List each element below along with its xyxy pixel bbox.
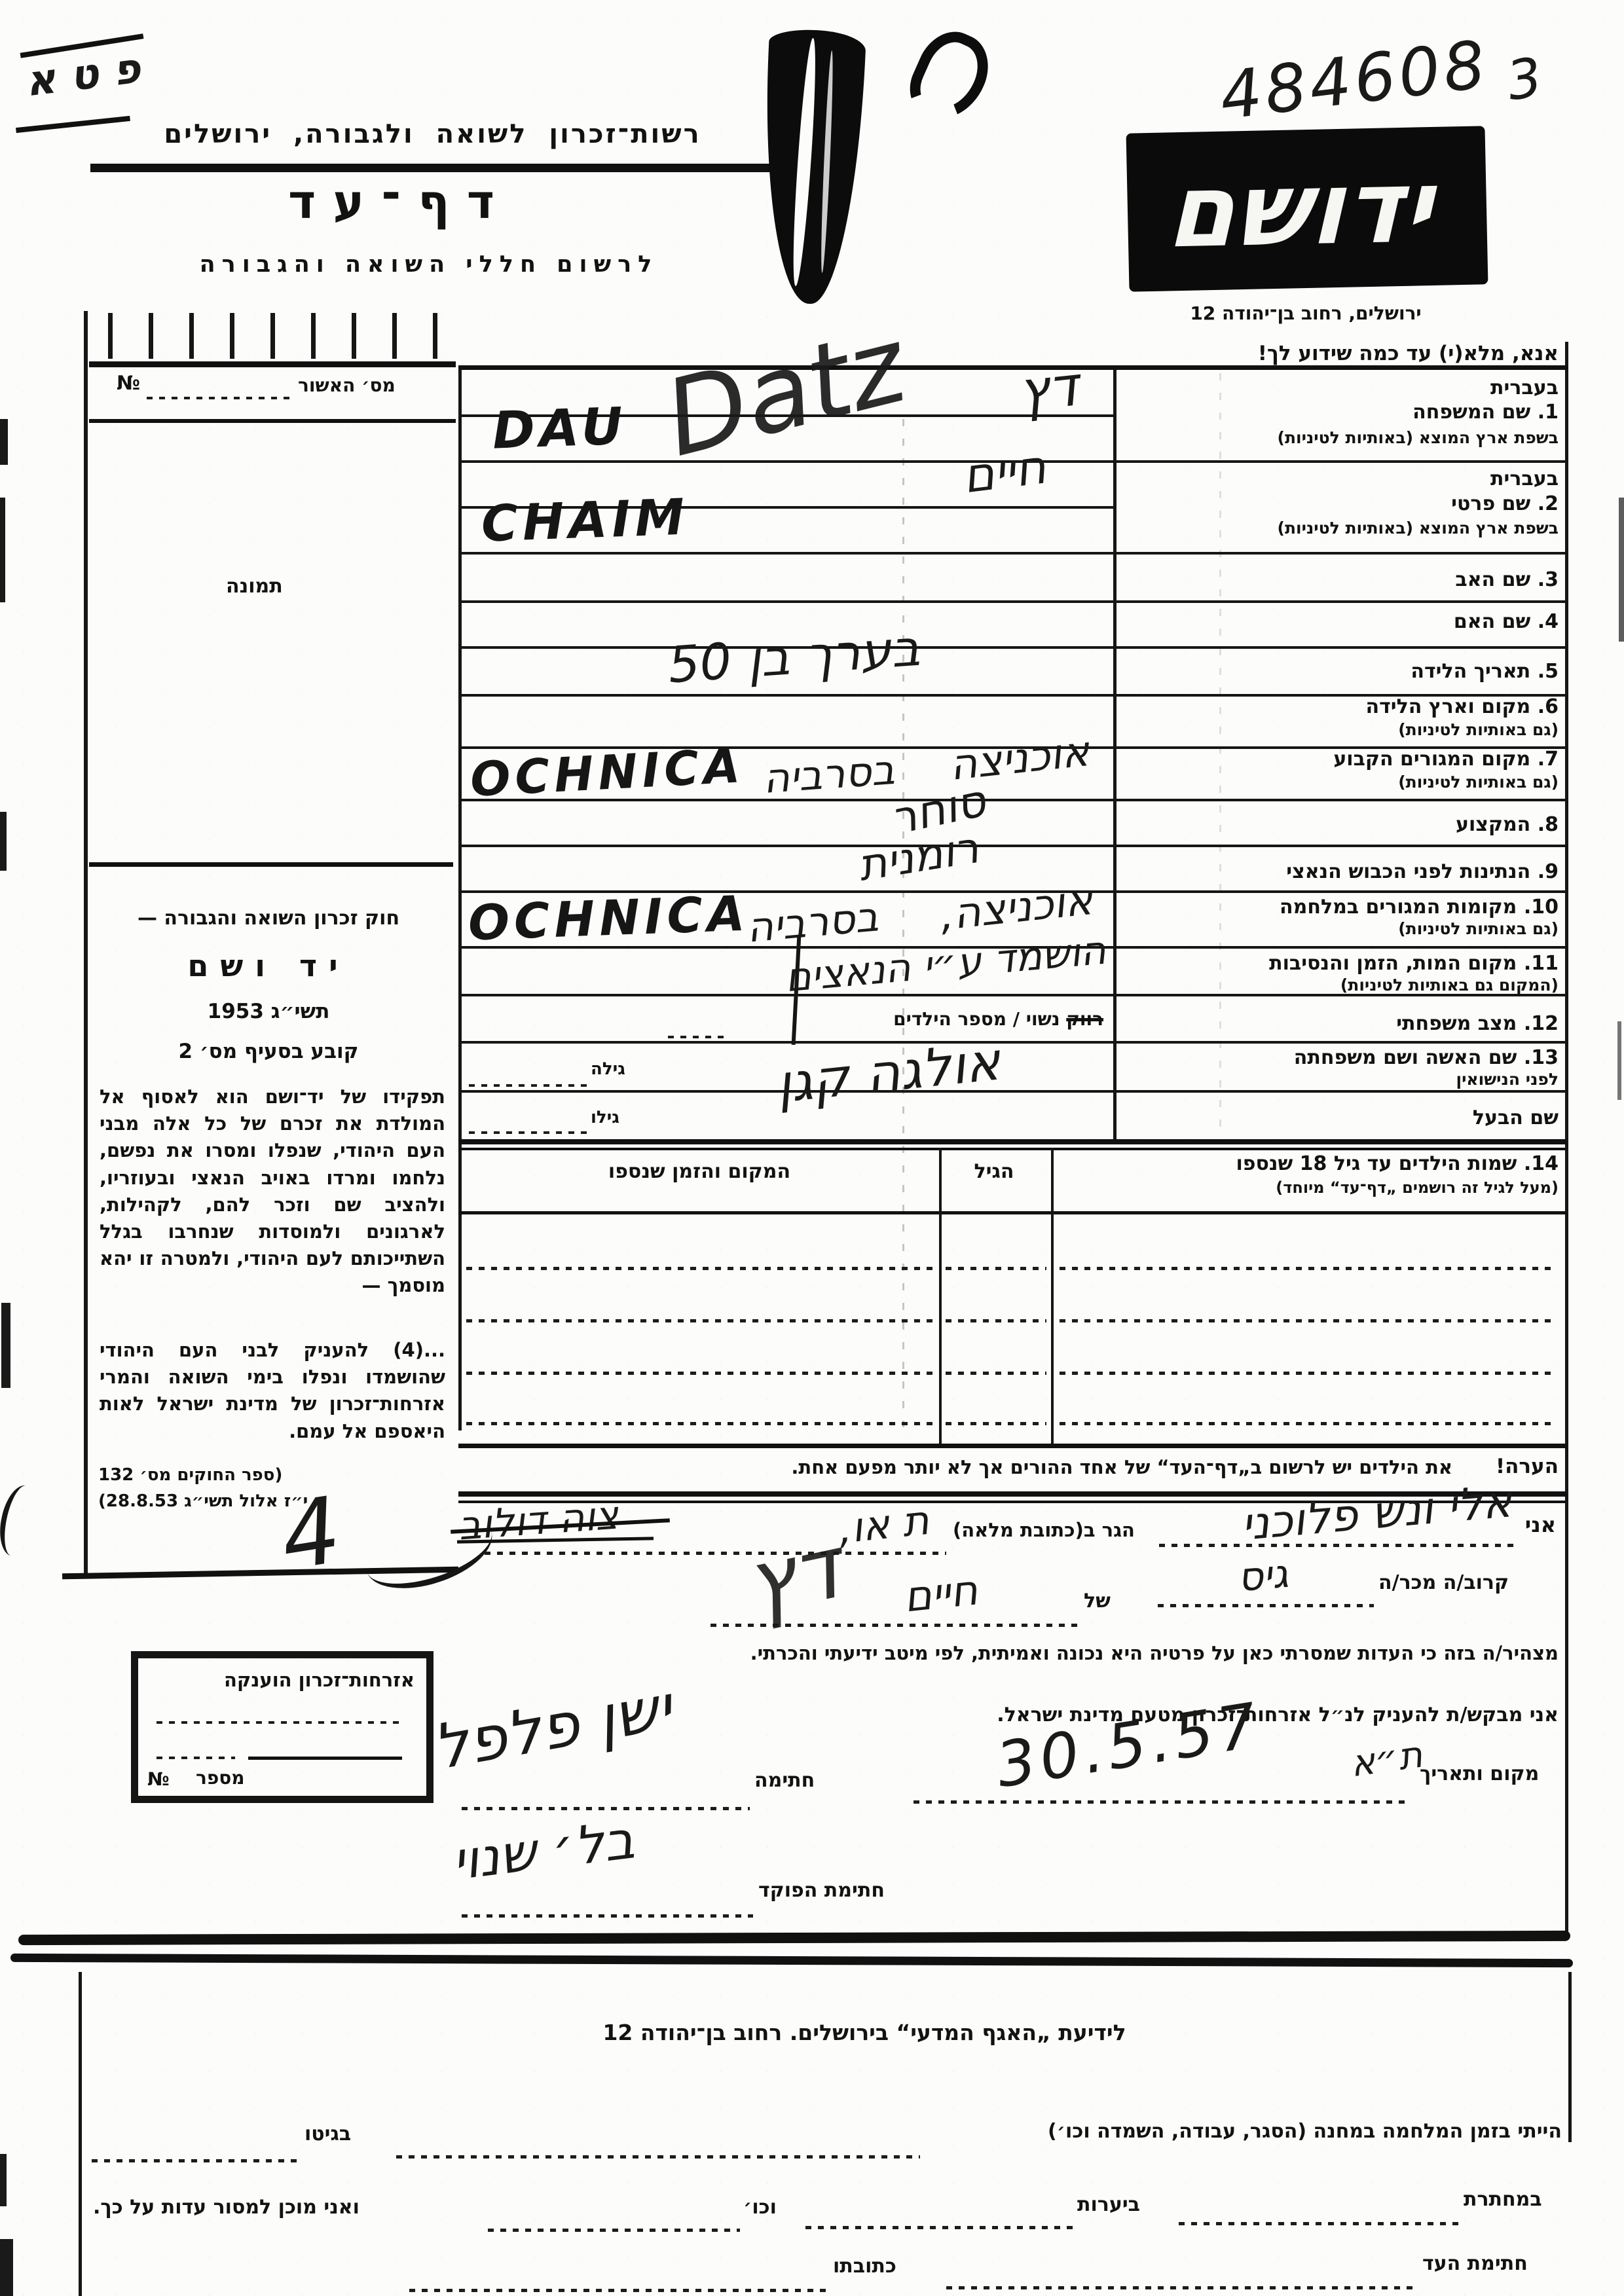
comb-base-line — [89, 361, 456, 367]
wartime-latin-handwriting: OCHNICA — [468, 886, 750, 952]
edge-smudge — [1619, 498, 1624, 642]
etc-dotted-line — [488, 2229, 740, 2232]
table-header-underline — [458, 1211, 1566, 1214]
residing-at-label: הגר ב(כתובת מלאה) — [953, 1519, 1135, 1541]
table-dotted-line — [1060, 1372, 1557, 1375]
husband-name-label: שם הבעל — [1473, 1106, 1559, 1129]
field-number: 12. — [1524, 1012, 1559, 1035]
testimony-page-document: פ ט א רשות־זכרון לשואה ולגבורה, ירושלים … — [0, 0, 1624, 2296]
field-label-1: 1. שם המשפחה — [1412, 401, 1559, 424]
field-sub-7: (גם באותיות לטיניות) — [1398, 773, 1559, 792]
marital-dotted-line — [668, 1036, 730, 1038]
form-top-rule — [458, 365, 1568, 370]
serial-number-handwritten: 484608 — [1215, 26, 1492, 134]
clerk-signature-dotted-line — [462, 1914, 753, 1918]
field-number: 4. — [1538, 610, 1559, 633]
photo-placeholder-label: תמונה — [226, 575, 283, 598]
his-age-dotted-line — [469, 1131, 587, 1134]
field-number: 7. — [1538, 748, 1559, 771]
header-rule — [90, 164, 773, 172]
table-dotted-line — [466, 1319, 934, 1322]
etc-label: וכו׳ — [743, 2196, 777, 2219]
witness-signature-label: חתימת העד — [1422, 2252, 1528, 2275]
scan-artifact-blob — [758, 28, 866, 306]
table-bottom-rule — [458, 1444, 1566, 1448]
edge-smudge — [0, 419, 8, 465]
signature-handwriting: ישן פלפל — [428, 1672, 677, 1784]
logo-text: ידושם — [1160, 147, 1453, 270]
table-dotted-line — [1060, 1319, 1557, 1322]
section-divider-rule — [10, 1954, 1573, 1967]
witness-signature-dotted-line — [946, 2286, 1418, 2289]
law-title: יד ושם — [98, 948, 439, 983]
law-body-paragraph: תפקידו של יד־ושם הוא לאסוף אל המולדת את … — [100, 1084, 445, 1299]
scan-artifact-highlight — [789, 37, 819, 286]
field-sub-14: (מעל לגיל זה רושמים „דף־עד“ מיוחד) — [1276, 1178, 1559, 1197]
field-language-tag-1: בעברית — [1490, 376, 1559, 399]
residence-region-handwriting: בסרביה — [762, 746, 896, 803]
field-sub-6: (גם באותיות לטיניות) — [1398, 720, 1559, 739]
law-source-line2: י״ז אלול תשי״ג 28.8.53) — [98, 1491, 413, 1511]
relation-label: קרוב/ה מכר/ה — [1378, 1571, 1509, 1594]
yad-vashem-logo: ידושם — [1126, 126, 1488, 291]
field-title: שם האשה ושם משפחתה — [1294, 1046, 1517, 1069]
declarant-name-handwriting: אלי ונש פלוכני — [1240, 1476, 1515, 1551]
fill-instruction: אנא, מלא(י) עד כמה שידוע לך! — [1258, 342, 1559, 365]
relation-handwriting: גיס — [1236, 1551, 1290, 1601]
edge-smudge — [0, 812, 7, 871]
surname-latin-handwriting: DAU — [491, 397, 628, 460]
writing-line — [458, 1041, 1566, 1044]
table-dotted-line — [466, 1267, 934, 1270]
table-column-separator — [939, 1148, 942, 1444]
wartime-region-handwriting: בסרביה — [745, 892, 880, 951]
field-title: מקומות המגורים במלחמה — [1280, 896, 1517, 919]
place-date-dotted-line — [913, 1800, 1411, 1804]
writing-line — [458, 600, 1566, 603]
field-number: 10. — [1524, 896, 1559, 919]
field-label-12: 12. מצב משפחתי — [1396, 1012, 1559, 1035]
writing-line — [458, 646, 1566, 649]
field-title: המקצוע — [1456, 813, 1530, 836]
declarant-i-label: אני — [1525, 1512, 1556, 1537]
form-middle-left-border — [458, 365, 462, 1430]
underground-label: במחתרת — [1464, 2188, 1542, 2211]
surname-hebrew-handwriting: דץ — [1015, 354, 1081, 424]
comb-tick — [311, 313, 316, 359]
edge-smudge — [0, 2239, 13, 2296]
law-year: תשי״ג 1953 — [98, 1000, 439, 1023]
signature-label: חתימה — [754, 1769, 815, 1792]
field-sub-10: (גם באותיות לטיניות) — [1398, 919, 1559, 938]
field-label-10: 10. מקומות המגורים במלחמה — [1280, 896, 1559, 919]
clerk-signature-handwriting: בל׳ שנוי — [449, 1809, 637, 1891]
field-title: מקום המגורים הקבוע — [1333, 748, 1530, 771]
table-dotted-line — [466, 1372, 934, 1375]
field-language-tag-2: בעברית — [1490, 467, 1559, 490]
form-title: דף־עד — [288, 174, 511, 229]
stamp-line — [248, 1757, 402, 1760]
camp-dotted-line — [396, 2155, 920, 2159]
edge-smudge — [0, 2154, 7, 2206]
relation-of-flourish-handwriting: דץ — [737, 1517, 850, 1635]
field-label-7: 7. מקום המגורים הקבוע — [1333, 748, 1559, 771]
stamp-number-label: מספר — [196, 1767, 245, 1789]
field-label-14: 14. שמות הילדים עד גיל 18 שנספו — [1236, 1152, 1559, 1175]
field-title: מקום וארץ הלידה — [1366, 695, 1531, 718]
signature-dotted-line — [462, 1807, 750, 1810]
field-number: 9. — [1538, 860, 1559, 883]
field-number: 3. — [1538, 568, 1559, 591]
approval-number-symbol: № — [117, 372, 140, 395]
field-number: 2. — [1538, 492, 1559, 515]
field-sub-11: (המקום גם באותיות לטיניות) — [1340, 975, 1559, 994]
comb-tick — [270, 313, 275, 359]
address-dotted-line — [485, 1552, 946, 1555]
field-sub-2: בשפת ארץ המוצא (באותיות לטיניות) — [1278, 519, 1559, 538]
witness-address-dotted-line — [409, 2289, 828, 2292]
law-box-top-line — [89, 862, 453, 867]
clerk-signature-label: חתימת הפוקד — [758, 1879, 885, 1902]
field-sub-13: לפני הנישואין — [1456, 1070, 1559, 1089]
table-dotted-line — [1060, 1422, 1557, 1425]
citizenship-stamp-box: אזרחות־זכרון הוענקה מספר № — [131, 1651, 434, 1803]
field-number: 6. — [1538, 695, 1559, 718]
approval-row-underline — [89, 419, 456, 423]
table-top-rule-thick — [458, 1139, 1566, 1144]
edge-smudge — [1617, 1021, 1621, 1100]
relation-dotted-line — [1158, 1604, 1374, 1607]
scan-artifact-hook — [900, 21, 1000, 130]
place-handwriting: ת״א — [1348, 1734, 1425, 1786]
comb-tick — [230, 313, 234, 359]
note-text: את הילדים יש לרשום ב„דף־העד“ של אחד ההור… — [791, 1456, 1452, 1478]
relation-of-handwriting: חיים — [901, 1566, 980, 1622]
ghetto-dotted-line — [92, 2159, 301, 2162]
table-top-rule-thin — [458, 1148, 1566, 1150]
field-label-8: 8. המקצוע — [1456, 813, 1559, 836]
marital-options-rest: נשוי / מספר הילדים — [893, 1008, 1060, 1030]
label-column-separator — [1113, 365, 1116, 1139]
declarant-name-dotted-line — [1159, 1544, 1519, 1547]
citizenship-handwriting: רומנית — [855, 822, 982, 891]
edge-scribble — [0, 1482, 44, 1560]
field-label-13: 13. שם האשה ושם משפחתה — [1294, 1046, 1559, 1069]
table-dotted-line — [946, 1422, 1046, 1425]
field-title: מקום המות, הזמן והנסיבות — [1269, 952, 1517, 975]
field-title: שמות הילדים עד גיל 18 שנספו — [1236, 1152, 1517, 1175]
field-title: שם האב — [1455, 568, 1530, 591]
stamp-title: אזרחות־זכרון הוענקה — [224, 1669, 415, 1691]
form-right-border — [1565, 342, 1568, 1935]
approval-number-dotted-line — [147, 397, 296, 399]
his-age-label: גילו — [591, 1108, 619, 1127]
table-dotted-line — [946, 1319, 1046, 1322]
table-header-place: המקום והזמן שנספו — [465, 1160, 934, 1183]
comb-tick — [149, 313, 153, 359]
willing-to-testify-label: ואני מוכן למסור עדות על כך. — [93, 2196, 360, 2219]
field-number: 13. — [1524, 1046, 1559, 1069]
law-section: קובע בסעיף מס׳ 2 — [98, 1040, 439, 1063]
field-title: שם פרטי — [1451, 492, 1530, 515]
relation-of-label: של — [1084, 1590, 1111, 1613]
table-column-separator — [1051, 1148, 1054, 1444]
writing-line — [458, 552, 1566, 555]
field-number: 5. — [1538, 660, 1559, 683]
birthdate-handwriting: בערך בן 50 — [666, 619, 921, 695]
declaration-statement: מצהיר/ה בזה כי העדות שמסרתי כאן על פרטיה… — [750, 1642, 1559, 1664]
marital-option-struck: רווק — [1066, 1008, 1103, 1030]
stamp-number-symbol: № — [147, 1768, 170, 1790]
writing-line — [458, 845, 1566, 847]
field-label-3: 3. שם האב — [1455, 568, 1559, 591]
field-label-4: 4. שם האם — [1454, 610, 1559, 633]
field-title: הנתינות לפני הכבוש הנאצי — [1286, 860, 1530, 883]
ghetto-label: בגיטו — [304, 2123, 351, 2145]
address-handwriting: ת או, — [836, 1496, 931, 1553]
comb-tick — [433, 313, 437, 359]
field-title: מצב משפחתי — [1396, 1012, 1517, 1035]
table-dotted-line — [1060, 1267, 1557, 1270]
scan-artifact-highlight — [819, 50, 835, 273]
note-title: הערה! — [1496, 1455, 1559, 1478]
field-label-6: 6. מקום וארץ הלידה — [1366, 695, 1559, 718]
field-number: 11. — [1524, 952, 1559, 975]
field-number: 14. — [1524, 1152, 1559, 1175]
underground-dotted-line — [1179, 2222, 1460, 2225]
stamp-dotted-line — [157, 1757, 235, 1759]
her-age-label: גילה — [591, 1059, 625, 1079]
edge-smudge — [1, 1303, 10, 1388]
field-label-2: 2. שם פרטי — [1451, 492, 1559, 515]
field-number: 8. — [1538, 813, 1559, 836]
table-dotted-line — [946, 1267, 1046, 1270]
authority-title: רשות־זכרון לשואה ולגבורה, ירושלים — [90, 119, 775, 149]
footer-notice: לידיעת „האגף המדעי“ בירושלים. רחוב בן־יה… — [458, 2020, 1270, 2045]
section-divider-rule — [18, 1931, 1570, 1945]
table-dotted-line — [946, 1372, 1046, 1375]
marital-status-options: רווק נשוי / מספר הילדים — [893, 1008, 1103, 1030]
her-age-dotted-line — [469, 1084, 587, 1087]
field-title: שם האם — [1454, 610, 1530, 633]
surname-scrawl-handwriting: Datz — [654, 303, 917, 480]
approval-number-label: מס׳ האשור — [298, 374, 429, 396]
law-source-line1: (ספר החוקים מס׳ 132 — [98, 1465, 426, 1485]
camp-label: הייתי בזמן המלחמה במחנה (הסגר, עבודה, הש… — [1048, 2120, 1562, 2143]
comb-tick — [352, 313, 356, 359]
comb-tick — [392, 313, 397, 359]
table-header-age: הגיל — [940, 1160, 1048, 1183]
field-label-11: 11. מקום המות, הזמן והנסיבות — [1269, 952, 1559, 975]
law-heading: חוק זכרון השואה והגבורה — — [98, 907, 439, 930]
comb-tick — [189, 313, 194, 359]
field-sub-1: בשפת ארץ המוצא (באותיות לטיניות) — [1278, 428, 1559, 447]
footer-right-border — [1568, 1972, 1572, 2142]
field-label-5: 5. תאריך הלידה — [1411, 660, 1559, 683]
place-date-label: מקום ותאריך — [1420, 1762, 1539, 1785]
logo-address: ירושלים, רחוב בן־יהודה 12 — [1105, 302, 1506, 324]
fold-crease — [902, 419, 904, 1427]
stamp-dotted-line — [157, 1721, 404, 1724]
field-number: 1. — [1538, 401, 1559, 424]
page-number-handwritten: 3 — [1503, 46, 1546, 113]
footer-left-border — [79, 1972, 82, 2296]
edge-smudge — [0, 498, 5, 602]
firstname-hebrew-handwriting: חיים — [959, 439, 1048, 504]
comb-tick — [108, 313, 113, 359]
table-dotted-line — [466, 1422, 934, 1425]
forests-label: ביערות — [1077, 2193, 1140, 2216]
fold-crease — [1219, 373, 1221, 1133]
law-clause-paragraph: ...(4) להעניק לבני העם היהודי שהושמדו ונ… — [100, 1337, 445, 1445]
field-title: תאריך הלידה — [1411, 660, 1530, 683]
form-subtitle: לרשום חללי השואה והגבורה — [147, 251, 710, 278]
forests-dotted-line — [805, 2226, 1074, 2229]
writing-line — [458, 1090, 1566, 1093]
witness-address-label: כתובתו — [833, 2255, 896, 2278]
field-label-9: 9. הנתינות לפני הכבוש הנאצי — [1286, 860, 1559, 883]
sidebar-left-border — [84, 311, 88, 1578]
firstname-latin-handwriting: CHAIM — [481, 487, 690, 553]
field-title: שם המשפחה — [1412, 401, 1530, 424]
